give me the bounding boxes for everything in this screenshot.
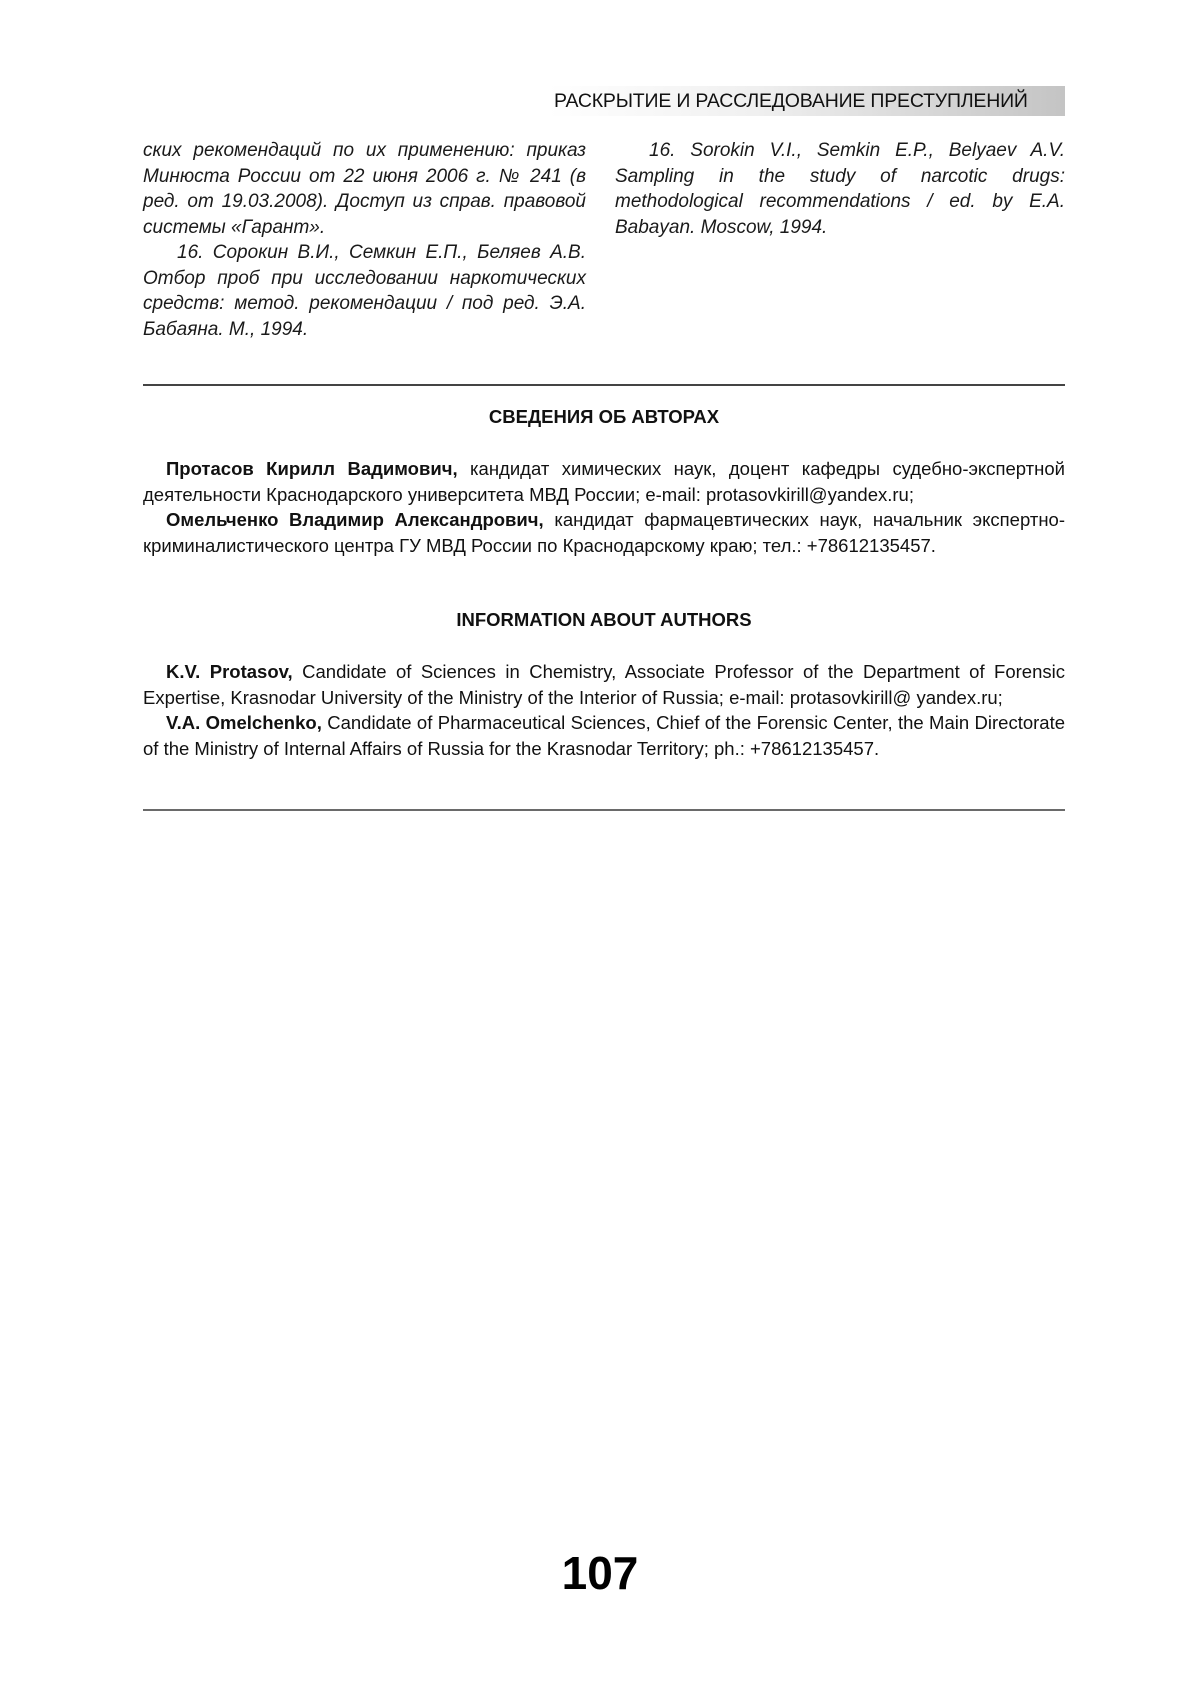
section-divider-bottom — [143, 809, 1065, 811]
authors-en-list: K.V. Protasov, Candidate of Sciences in … — [143, 659, 1065, 761]
author-name: Омельченко Владимир Александрович, — [166, 509, 544, 530]
authors-en-title: INFORMATION ABOUT AUTHORS — [143, 608, 1065, 632]
section-divider-top — [143, 384, 1065, 386]
author-entry-ru: Омельченко Владимир Александрович, канди… — [143, 507, 1065, 558]
author-name: Протасов Кирилл Вадимович, — [166, 458, 458, 479]
running-head: РАСКРЫТИЕ И РАССЛЕДОВАНИЕ ПРЕСТУПЛЕНИЙ — [548, 86, 1065, 116]
page-number: 107 — [0, 1548, 1200, 1598]
reference-item-16-en: 16. Sorokin V.I., Semkin E.P., Belyaev A… — [615, 138, 1065, 240]
author-entry-ru: Протасов Кирилл Вадимович, кандидат хими… — [143, 456, 1065, 507]
references-en-column: 16. Sorokin V.I., Semkin E.P., Belyaev A… — [615, 138, 1065, 240]
reference-continuation: ских рекомендаций по их применению: прик… — [143, 138, 586, 240]
references-ru-column: ских рекомендаций по их применению: прик… — [143, 138, 586, 342]
author-entry-en: K.V. Protasov, Candidate of Sciences in … — [143, 659, 1065, 710]
author-entry-en: V.A. Omelchenko, Candidate of Pharmaceut… — [143, 710, 1065, 761]
author-name: K.V. Protasov, — [166, 661, 293, 682]
author-name: V.A. Omelchenko, — [166, 712, 322, 733]
authors-ru-list: Протасов Кирилл Вадимович, кандидат хими… — [143, 456, 1065, 558]
reference-item-16-ru: 16. Сорокин В.И., Семкин Е.П., Беляев А.… — [143, 240, 586, 342]
authors-ru-title: СВЕДЕНИЯ ОБ АВТОРАХ — [143, 405, 1065, 429]
